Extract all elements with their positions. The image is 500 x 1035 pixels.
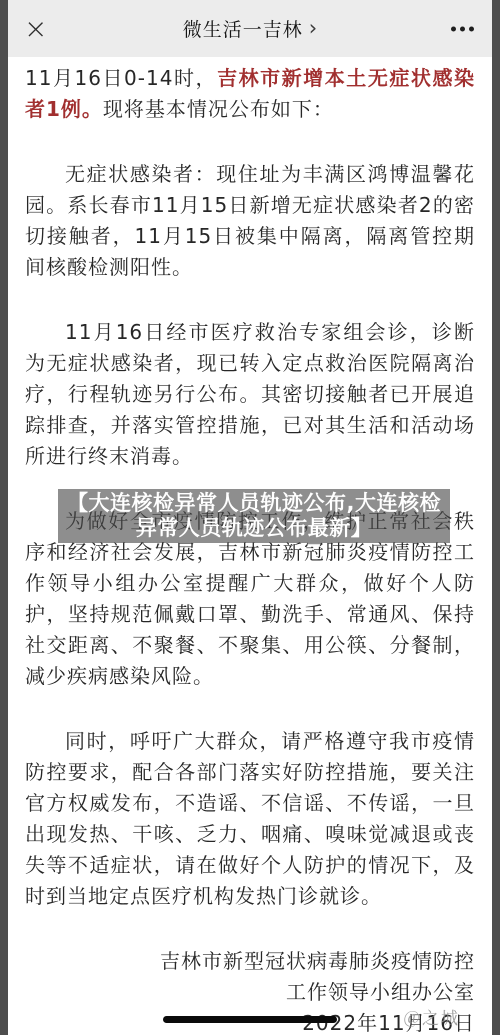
close-icon[interactable]: × (24, 15, 47, 43)
dot-icon (451, 26, 456, 31)
watermark-text: ＠之城 (403, 1004, 460, 1029)
account-link[interactable]: 微生活一吉林 › (183, 15, 317, 42)
more-menu-icon[interactable] (451, 26, 474, 31)
dot-icon (469, 26, 474, 31)
paragraph-intro: 11月16日0-14时，吉林市新增本土无症状感染者1例。现将基本情况公布如下： (25, 63, 475, 125)
header-bar: × 微生活一吉林 › (8, 0, 492, 57)
paragraph-diagnosis: 11月16日经市医疗救治专家组会诊，诊断为无症状感染者，现已转入定点救治医院隔离… (25, 317, 475, 472)
dot-icon (460, 26, 465, 31)
page-title: 微生活一吉林 (183, 15, 303, 42)
paragraph-case-info: 无症状感染者：现住址为丰满区鸿博温馨花园。系长春市11月15日新增无症状感染者2… (25, 159, 475, 283)
article-body: 11月16日0-14时，吉林市新增本土无症状感染者1例。现将基本情况公布如下： … (8, 57, 492, 1035)
article-screen: × 微生活一吉林 › 11月16日0-14时，吉林市新增本土无症状感染者1例。现… (0, 0, 500, 1035)
paragraph-public-appeal: 同时，呼吁广大群众，请严格遵守我市疫情防控要求，配合各部门落实好防控措施，要关注… (25, 726, 475, 912)
chevron-right-icon: › (309, 18, 317, 39)
letterbox-left (0, 0, 8, 1035)
seo-caption-overlay: 【大连核检异常人员轨迹公布,大连核检异常人员轨迹公布最新】 (58, 489, 450, 543)
letterbox-right (492, 0, 500, 1035)
home-indicator (163, 1016, 337, 1023)
intro-normal-start: 11月16日0-14时， (25, 66, 217, 90)
intro-normal-end: 现将基本情况公布如下： (103, 97, 334, 121)
signature-org-line1: 吉林市新型冠状病毒肺炎疫情防控 (25, 946, 475, 977)
